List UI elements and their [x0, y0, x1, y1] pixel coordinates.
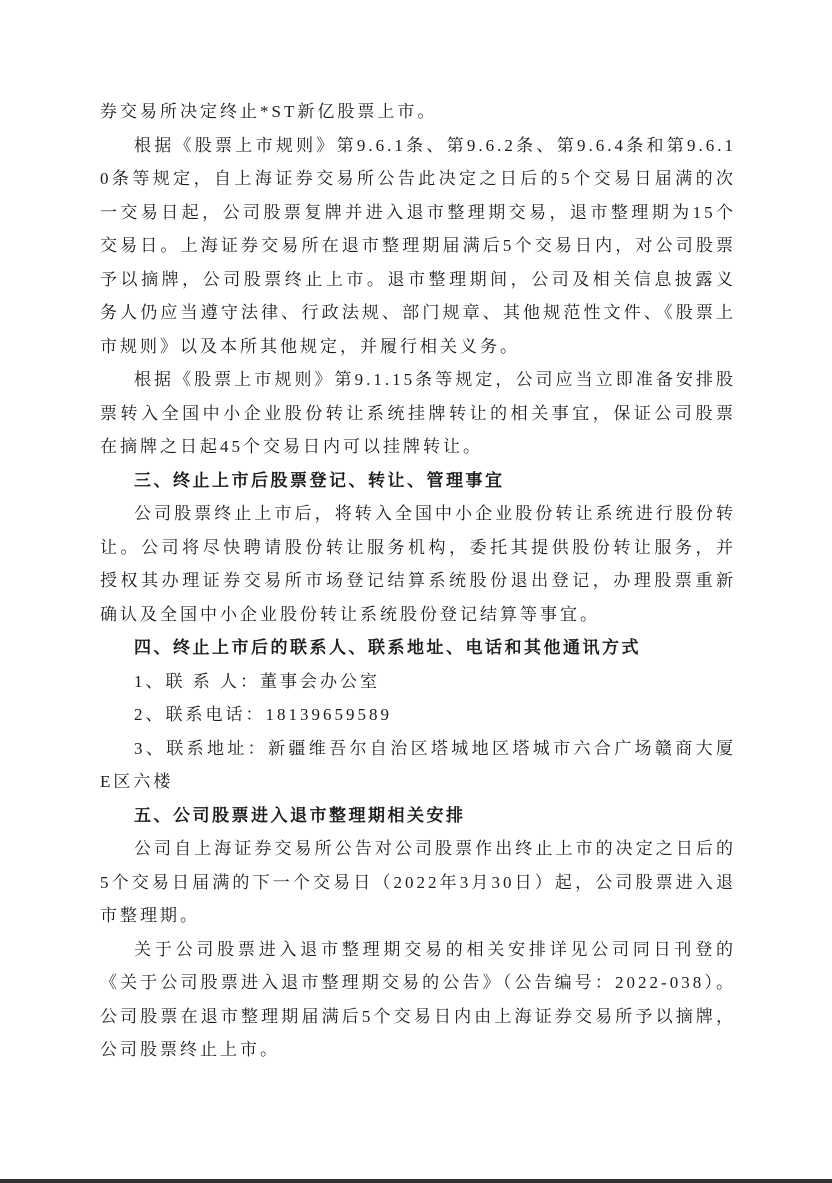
- section-heading-5: 五、公司股票进入退市整理期相关安排: [100, 799, 736, 833]
- section-heading-3: 三、终止上市后股票登记、转让、管理事宜: [100, 464, 736, 498]
- section-heading-4: 四、终止上市后的联系人、联系地址、电话和其他通讯方式: [100, 631, 736, 665]
- contact-phone-line: 2、联系电话：18139659589: [100, 698, 736, 732]
- document-page: 券交易所决定终止*ST新亿股票上市。 根据《股票上市规则》第9.6.1条、第9.…: [0, 0, 832, 1183]
- page-bottom-edge: [0, 1179, 832, 1183]
- paragraph-continuation: 券交易所决定终止*ST新亿股票上市。: [100, 95, 736, 129]
- document-body: 券交易所决定终止*ST新亿股票上市。 根据《股票上市规则》第9.6.1条、第9.…: [100, 95, 736, 1067]
- paragraph-share-transfer: 公司股票终止上市后，将转入全国中小企业股份转让系统进行股份转让。公司将尽快聘请股…: [100, 497, 736, 631]
- paragraph-transfer-preparation: 根据《股票上市规则》第9.1.15条等规定，公司应当立即准备安排股票转入全国中小…: [100, 363, 736, 464]
- contact-address-line: 3、联系地址：新疆维吾尔自治区塔城地区塔城市六合广场赣商大厦E区六楼: [100, 732, 736, 799]
- paragraph-delisting-period-start: 公司自上海证券交易所公告对公司股票作出终止上市的决定之日后的5个交易日届满的下一…: [100, 832, 736, 933]
- contact-person-line: 1、联 系 人：董事会办公室: [100, 665, 736, 699]
- paragraph-delisting-announcement: 关于公司股票进入退市整理期交易的相关安排详见公司同日刊登的《关于公司股票进入退市…: [100, 933, 736, 1067]
- paragraph-delisting-rules: 根据《股票上市规则》第9.6.1条、第9.6.2条、第9.6.4条和第9.6.1…: [100, 129, 736, 364]
